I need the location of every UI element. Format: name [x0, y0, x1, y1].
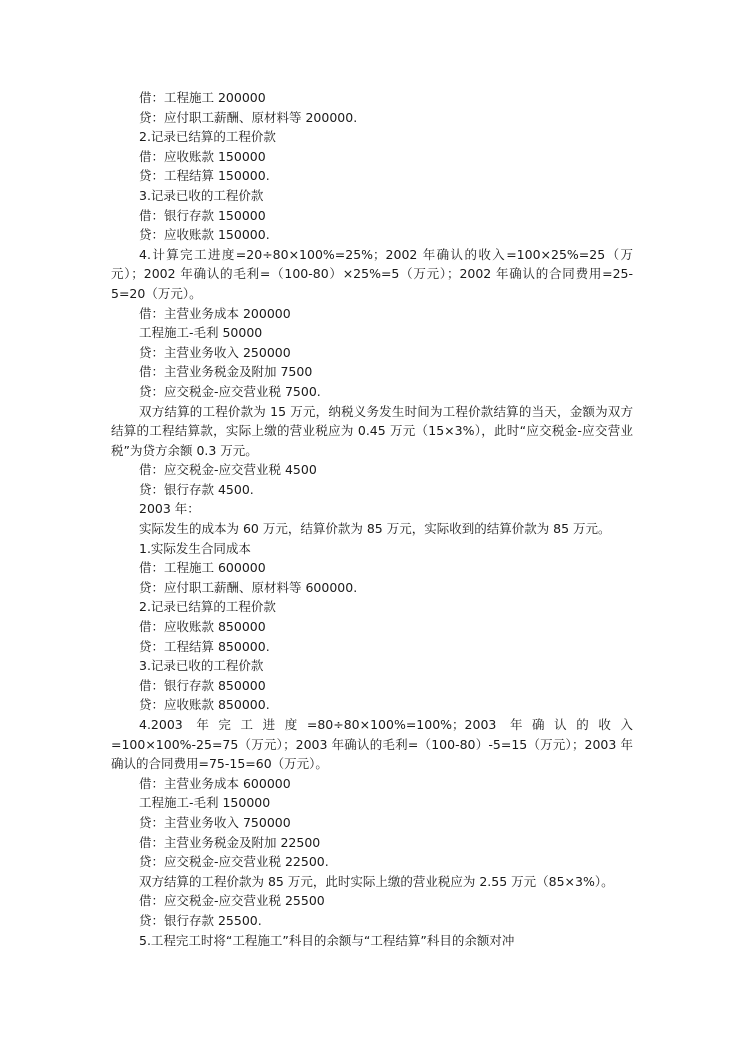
- step-heading: 2.记录已结算的工程价款: [111, 127, 633, 147]
- journal-entry-credit: 贷：应付职工薪酬、原材料等 600000.: [111, 578, 633, 598]
- summary-line: 实际发生的成本为 60 万元，结算价款为 85 万元，实际收到的结算价款为 85…: [111, 519, 633, 539]
- journal-entry-credit: 贷：应付职工薪酬、原材料等 200000.: [111, 108, 633, 128]
- year-heading: 2003 年：: [111, 499, 633, 519]
- journal-entry-credit: 贷：银行存款 4500.: [111, 480, 633, 500]
- document-page: 借：工程施工 200000 贷：应付职工薪酬、原材料等 200000. 2.记录…: [111, 88, 633, 950]
- journal-entry-debit: 借：应收账款 850000: [111, 617, 633, 637]
- journal-entry-credit: 贷：主营业务收入 250000: [111, 343, 633, 363]
- journal-entry-line: 工程施工-毛利 50000: [111, 323, 633, 343]
- journal-entry-debit: 借：主营业务税金及附加 22500: [111, 833, 633, 853]
- calculation-paragraph: 4.2003 年完工进度=80÷80×100%=100%；2003 年确认的收入…: [111, 715, 633, 774]
- step-heading: 2.记录已结算的工程价款: [111, 597, 633, 617]
- journal-entry-debit: 借：应交税金-应交营业税 4500: [111, 460, 633, 480]
- journal-entry-debit: 借：主营业务成本 600000: [111, 774, 633, 794]
- journal-entry-debit: 借：银行存款 150000: [111, 206, 633, 226]
- journal-entry-debit: 借：银行存款 850000: [111, 676, 633, 696]
- journal-entry-debit: 借：应收账款 150000: [111, 147, 633, 167]
- journal-entry-credit: 贷：应交税金-应交营业税 7500.: [111, 382, 633, 402]
- step-heading: 1.实际发生合同成本: [111, 539, 633, 559]
- journal-entry-credit: 贷：工程结算 150000.: [111, 166, 633, 186]
- journal-entry-debit: 借：应交税金-应交营业税 25500: [111, 891, 633, 911]
- journal-entry-debit: 借：工程施工 600000: [111, 558, 633, 578]
- journal-entry-line: 工程施工-毛利 150000: [111, 793, 633, 813]
- journal-entry-credit: 贷：应交税金-应交营业税 22500.: [111, 852, 633, 872]
- journal-entry-debit: 借：主营业务税金及附加 7500: [111, 362, 633, 382]
- explanation-paragraph: 双方结算的工程价款为 15 万元，纳税义务发生时间为工程价款结算的当天，金额为双…: [111, 402, 633, 461]
- step-heading: 3.记录已收的工程价款: [111, 656, 633, 676]
- journal-entry-credit: 贷：银行存款 25500.: [111, 911, 633, 931]
- journal-entry-credit: 贷：主营业务收入 750000: [111, 813, 633, 833]
- journal-entry-debit: 借：主营业务成本 200000: [111, 304, 633, 324]
- journal-entry-credit: 贷：应收账款 850000.: [111, 695, 633, 715]
- calculation-paragraph: 4.计算完工进度=20÷80×100%=25%；2002 年确认的收入=100×…: [111, 245, 633, 304]
- step-heading: 3.记录已收的工程价款: [111, 186, 633, 206]
- journal-entry-debit: 借：工程施工 200000: [111, 88, 633, 108]
- journal-entry-credit: 贷：应收账款 150000.: [111, 225, 633, 245]
- explanation-line: 双方结算的工程价款为 85 万元，此时实际上缴的营业税应为 2.55 万元（85…: [111, 872, 633, 892]
- step-heading: 5.工程完工时将“工程施工”科目的余额与“工程结算”科目的余额对冲: [111, 931, 633, 951]
- journal-entry-credit: 贷：工程结算 850000.: [111, 637, 633, 657]
